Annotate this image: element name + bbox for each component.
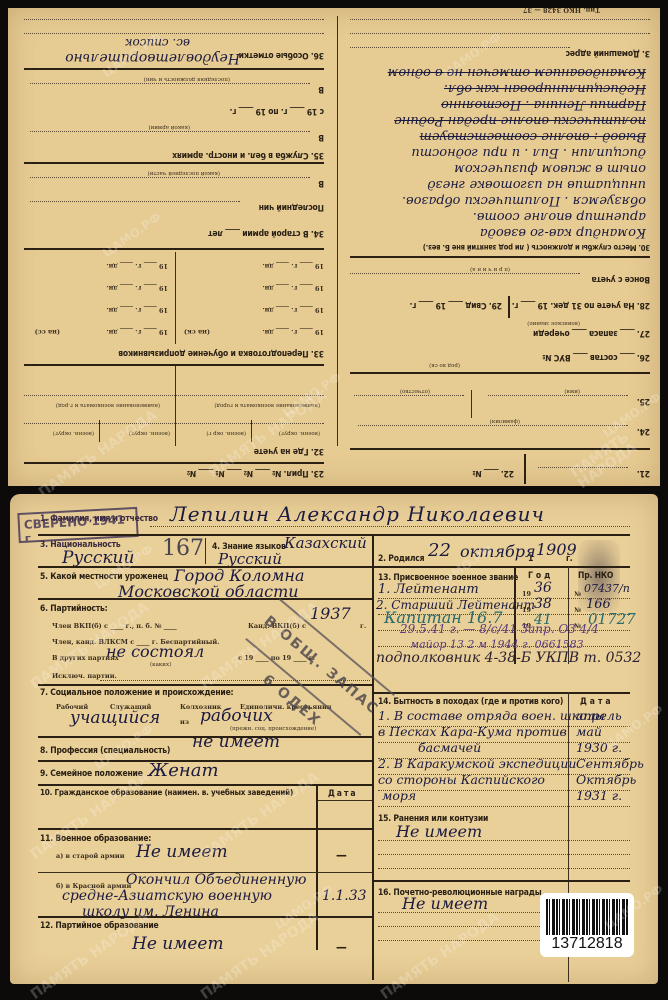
center-divider (337, 16, 338, 446)
item-29-label: 29. Свид ____ 19 ____ г. (410, 300, 502, 310)
divider (175, 252, 176, 344)
red-army-date: 1.1.33 (322, 888, 367, 904)
rank-mark: (на ск) (184, 328, 210, 336)
last-rank-label: Последний чин (259, 202, 324, 212)
hw-line: Недисциплинирован как обл. (444, 81, 646, 96)
position-hint: (последняя должность и чин) (144, 76, 230, 82)
old-army-label: а) в старой армии (56, 852, 125, 860)
dotted-line (350, 47, 570, 48)
main-column-divider (372, 536, 374, 980)
excluded-label: Исключ. партии. (52, 672, 117, 680)
campaign-text: со стороны Каспийского (378, 772, 545, 787)
verified-stamp: СВЕРЕНО 1941 г (17, 507, 138, 543)
top-page-rotated-content: 21. 22. ____ № 24. (фамилия) 25. (имя) (… (8, 8, 660, 486)
campaigns-label: 14. Бытность в походах (где и против ког… (378, 697, 563, 707)
divider (205, 538, 206, 564)
awards-value: Не имеет (402, 894, 488, 913)
party-candidate-year: 1937 (310, 604, 351, 623)
party-edu-value: Не имеет (132, 934, 224, 954)
born-month: октября (460, 542, 536, 561)
rule (24, 162, 324, 164)
reg-hint: (военн. округ) (53, 430, 94, 436)
year-row: 19 ____ г. ____ дн. (262, 328, 324, 336)
dotted-line (150, 526, 630, 527)
rank-order: 07437/п (584, 582, 630, 595)
campaign-date: апрель (576, 708, 622, 723)
hw-line: Партии Ленина . Постоянно (441, 97, 646, 112)
dotted-line (378, 840, 630, 841)
hw-line: инициатив на изготовке гнезд (427, 177, 646, 192)
dotted-line (30, 83, 310, 84)
languages-value: Казахский (284, 534, 367, 552)
special-marks-value2: вс. список (125, 36, 190, 50)
army-hint: (какой армии) (148, 124, 190, 130)
reg-hint: (военн. округ) (129, 430, 170, 436)
full-name: Лепилин Александр Николаевич (170, 502, 545, 526)
red-army-line1: Окончил Объединенную (126, 872, 307, 888)
last-unit-hint: (какой последней части) (148, 170, 220, 176)
rule (318, 800, 372, 801)
unit-label: В (318, 178, 324, 188)
year-row: 19 ____ г. ____ дн. (106, 306, 168, 314)
campaign-date: 1931 г. (576, 788, 622, 803)
rule (350, 372, 650, 374)
dotted-line (24, 19, 324, 20)
rule (38, 784, 372, 786)
campaign-text: 2. В Каракумской экспедиции (378, 756, 576, 771)
print-info: Тип. НКО 3428 — 37 (523, 6, 600, 14)
party-candidate-suffix: г. (360, 622, 366, 630)
dotted-line (30, 177, 310, 178)
rule (38, 566, 630, 568)
civil-edu-label: 10. Гражданское образование (наимен. в. … (40, 788, 293, 797)
item-24-label: 24. (637, 426, 650, 436)
item-33-label: 33. Переподготовка и обучение допризывни… (118, 348, 324, 358)
dotted-line (350, 33, 650, 34)
hw-line: Командир кав-го взвода (480, 225, 646, 240)
year-row: 19 ____ г. ____ дн. (262, 306, 324, 314)
hw-line: обязуемся . Политически образов. (402, 193, 646, 208)
born-century: 1 (528, 554, 533, 564)
campaign-date: Октябрь (576, 772, 636, 787)
surname-label: 1. Фамилия, имя и отчество (40, 514, 158, 524)
special-marks-value: Неудовлетворительно (65, 50, 240, 66)
name-hint: (имя) (564, 388, 580, 394)
born-suffix: г. (566, 554, 573, 564)
rank-year-prefix: 19 (522, 606, 531, 614)
top-page-inverted: 21. 22. ____ № 24. (фамилия) 25. (имя) (… (8, 8, 660, 486)
reg-hint: (военн. округ) (279, 430, 320, 436)
dotted-line (30, 131, 310, 132)
party-label: 6. Партийность: (40, 604, 107, 614)
civil-edu-date-header: Дата (328, 789, 358, 799)
rank-hint: (воинское звание) (527, 320, 580, 326)
rule (38, 916, 372, 918)
rank-year: 38 (534, 596, 552, 612)
profession-value: не имеет (192, 732, 280, 752)
hw-line: политически вполне предан Родине (394, 113, 646, 128)
rank-order-prefix: № (574, 606, 581, 614)
rule (24, 248, 324, 250)
commissariat-hint: (наименование военкомата и г.род) (56, 402, 160, 408)
dotted-line (24, 33, 324, 34)
rank-year-prefix: 19 (522, 590, 531, 598)
item-36-label: 36. Особые отметки (239, 50, 324, 60)
barcode-number: 13712818 (540, 935, 634, 953)
party-edu-label: 12. Партийное образование (40, 921, 159, 931)
rule (372, 692, 630, 694)
item-27-label: 27. ____ запаса ____ очереди (533, 328, 650, 338)
rule (24, 462, 324, 464)
from-to: с 19 ____ г. по 19 ____ г. (230, 106, 324, 116)
dotted-line (378, 868, 630, 869)
social-value: учащийся (70, 708, 160, 728)
other-parties-value: не состоял (106, 642, 204, 661)
item-28-label: 28. На учете по 31 дек. 19 ____ г. (512, 300, 650, 310)
dotted-line (30, 201, 240, 202)
surname-line (358, 425, 628, 426)
campaign-date: май (576, 724, 602, 739)
item-25-label: 25. (637, 396, 650, 406)
patronymic-line (354, 395, 464, 396)
item-35-label: 35. Служба в бел. и иностр. армиях (172, 150, 324, 160)
position-label: В (318, 84, 324, 94)
year-row: 19 ____ г. ____ дн. (106, 328, 168, 336)
social-label: 7. Социальное положение и происхождение: (40, 688, 233, 698)
campaign-text: 1. В составе отряда воен. школы (378, 708, 605, 723)
old-army-value: Не имеет (136, 842, 228, 862)
divider (471, 390, 472, 418)
item-34-label: 34. В старой армии ____ лет (208, 228, 324, 238)
party-member-label: Член ВКП(б) с ____ г., п. б. № ____ (52, 622, 177, 630)
dotted-line (24, 395, 324, 396)
hw-line: дисциплин . Бил . и при годности (411, 145, 646, 160)
divider (508, 296, 510, 318)
nationality-value: Русский (62, 548, 134, 568)
army-in-label: В (318, 132, 324, 142)
dotted-line (350, 273, 580, 274)
dotted-line (350, 19, 650, 20)
year-row: 19 ____ г. ____ дн. (262, 262, 324, 270)
item-32-label: 32. Где на учете (254, 446, 324, 456)
item-26-label: 26. ____ состав ____ ВУС № (542, 352, 650, 362)
ranks-col-order: Пр. НКО (578, 571, 613, 581)
year-row: 19 ____ г. ____ дн. (262, 284, 324, 292)
campaign-date: 1930 г. (576, 740, 622, 755)
removed-hint: (п р и ч и н а) (470, 266, 510, 272)
barcode-icon (546, 899, 628, 935)
campaign-text: в Песках Кара-Кума против (378, 724, 567, 739)
birthplace-label: 5. Какой местности уроженец (40, 572, 168, 582)
item-23-label: 23. Прил. № ____ № ____ № ____ № (187, 468, 324, 478)
hw-line: опыт в живом физическом (454, 161, 646, 176)
patronymic-hint: (отчество) (400, 388, 430, 394)
campaign-text: моря (382, 788, 416, 803)
item-30-label: 30. Место службы и должность ( ли род за… (423, 243, 650, 252)
dotted-line (378, 646, 630, 647)
rule (372, 880, 630, 882)
wounds-value: Не имеет (396, 822, 482, 841)
hw-line: ариентир вполне соотв. (473, 209, 646, 224)
red-army-line2: средне-Азиатскую военную (62, 888, 272, 904)
party-edu-date: — (336, 940, 347, 954)
year-row: 19 ____ г. ____ дн. (106, 284, 168, 292)
dotted-line (24, 423, 324, 424)
social-origin: рабочих (200, 706, 273, 726)
hw-line: Командованием отмечен не в одном (388, 65, 646, 80)
divider (524, 454, 526, 484)
annotation-167: 167 (162, 536, 204, 561)
item-22-label: 22. ____ № (473, 468, 514, 478)
rule (24, 364, 324, 366)
campaign-date: Сентябрь (576, 756, 644, 771)
campaigns-date-header: Дата (580, 697, 614, 707)
dotted-line (378, 806, 630, 807)
dotted-line (378, 854, 630, 855)
mil-edu-label: 11. Военное образование: (40, 834, 151, 844)
rule (24, 68, 324, 70)
rank-row-4: 29.5.41 г. — 8/с/41 Запр. ОЗ 4/4 (400, 622, 599, 636)
rank-row-6: подполковник 4-38-Б УКПВ т. 0532 (376, 650, 641, 666)
profession-label: 8. Профессия (специальность) (40, 746, 170, 756)
hw-line: Вывод : вполне соответствует (420, 129, 646, 144)
family-label: 9. Семейное положение (40, 769, 143, 779)
barcode-label: 13712818 (540, 893, 634, 957)
composition-hint: (род во ск) (429, 362, 460, 368)
born-day: 22 (428, 540, 451, 561)
item-21-label: 21. (637, 468, 650, 478)
home-address-label: 3. Домашний адрес (566, 48, 650, 58)
dotted-line (538, 467, 628, 468)
rank-mark: (на сс) (35, 328, 60, 336)
family-value: Женат (148, 760, 219, 781)
divider (175, 366, 176, 446)
removed-label: Вонсе с учета (592, 274, 650, 284)
other-parties-hint: (каких) (150, 662, 171, 668)
rank-order-prefix: № (574, 590, 581, 598)
rank-year: 36 (534, 580, 552, 596)
rank-row-1: 1. Лейтенант (378, 582, 479, 597)
year-row: 19 ____ г. ____ дн. (106, 262, 168, 270)
surname-hint: (фамилия) (490, 418, 520, 424)
campaign-text: басмачей (418, 740, 481, 755)
date-column-divider (316, 784, 318, 950)
rule (38, 828, 372, 830)
rule (350, 256, 650, 258)
social-from: из (180, 718, 189, 726)
old-army-date: — (336, 848, 347, 862)
reg-hint: (военн. окр г) (206, 430, 246, 436)
name-line (488, 395, 628, 396)
rule (350, 448, 650, 450)
rule (38, 598, 372, 600)
commissariat-hint: (наименование военкомата и город) (214, 402, 320, 408)
born-label: 2. Родился (378, 554, 424, 564)
